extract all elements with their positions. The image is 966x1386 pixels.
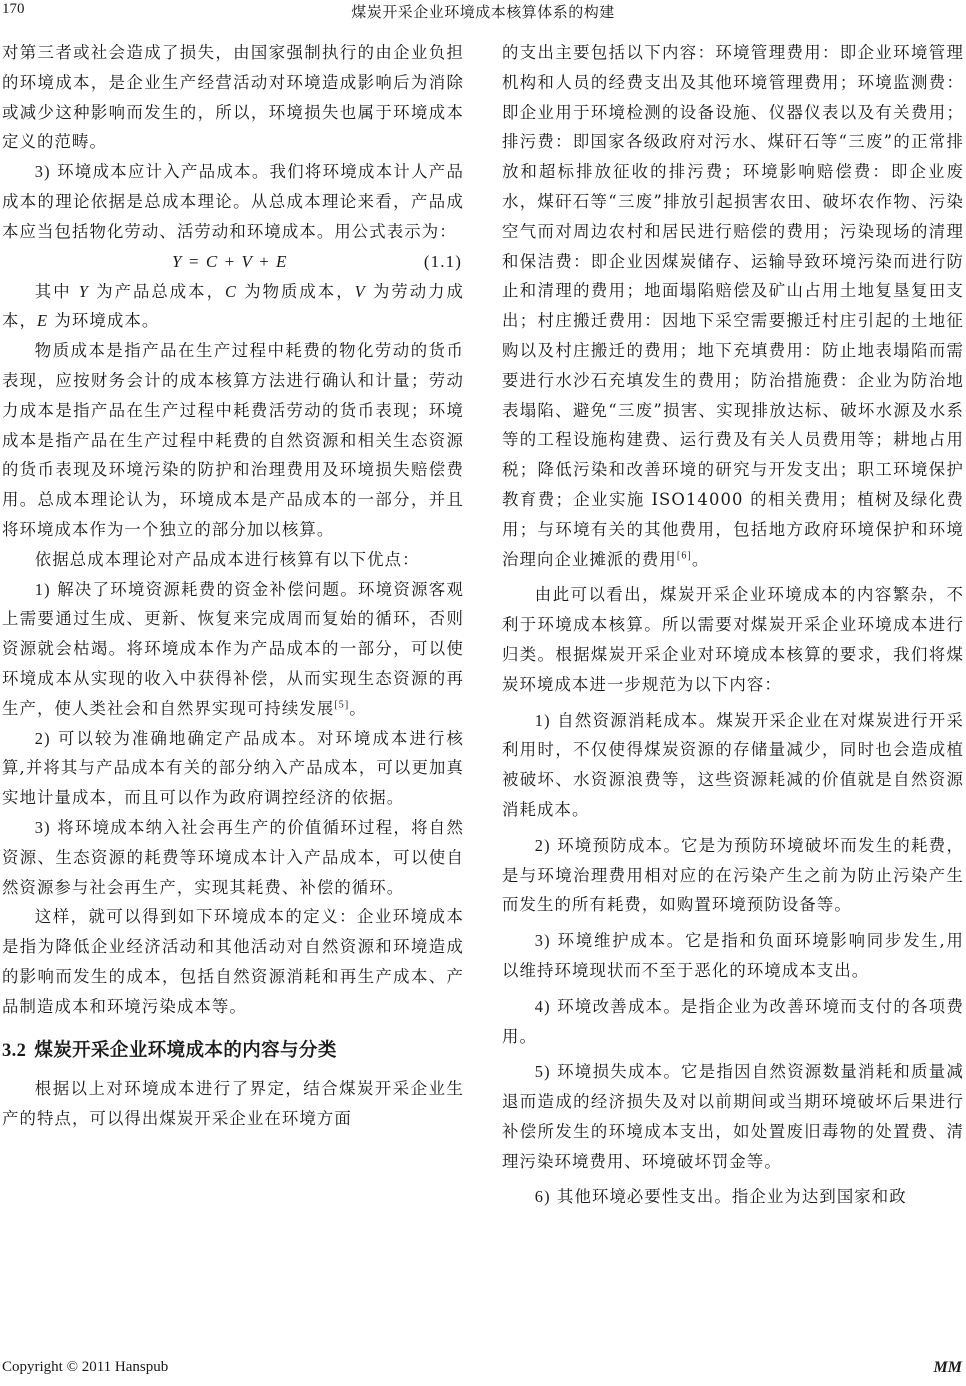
paragraph: 3) 环境成本应计入产品成本。我们将环境成本计人产品成本的理论依据是总成本理论。… [2, 157, 464, 246]
paragraph: 1) 解决了环境资源耗费的资金补偿问题。环境资源客观上需要通过生成、更新、恢复来… [2, 575, 464, 724]
citation: [6] [677, 550, 692, 561]
section-number: 3.2 [2, 1041, 26, 1061]
list-item: 1) 自然资源消耗成本。煤炭开采企业在对煤炭进行开采利用时，不仅使得煤炭资源的存… [502, 706, 964, 825]
paragraph: 依据总成本理论对产品成本进行核算有以下优点： [2, 545, 464, 575]
equation-number: (1.1) [424, 247, 462, 277]
list-item: 3) 环境维护成本。它是指和负面环境影响同步发生,用以维持环境现状而不至于恶化的… [502, 926, 964, 986]
equation-body: Y = C + V + E [172, 247, 287, 277]
list-item: 5) 环境损失成本。它是指因自然资源数量消耗和质量减退而造成的经济损失及对以前期… [502, 1057, 964, 1176]
paragraph: 由此可以看出，煤炭开采企业环境成本的内容繁杂，不利于环境成本核算。所以需要对煤炭… [502, 580, 964, 699]
citation: [5] [334, 699, 349, 710]
paragraph: 其中 Y 为产品总成本，C 为物质成本，V 为劳动力成本，E 为环境成本。 [2, 277, 464, 337]
section-heading: 3.2煤炭开采企业环境成本的内容与分类 [2, 1036, 464, 1067]
list-number: 3) [35, 162, 51, 181]
paragraph: 3) 将环境成本纳入社会再生产的价值循环过程，将自然资源、生态资源的耗费等环境成… [2, 813, 464, 902]
section-title: 煤炭开采企业环境成本的内容与分类 [34, 1040, 336, 1061]
left-column: 对第三者或社会造成了损失，由国家强制执行的由企业负担的环境成本，是企业生产经营活… [2, 38, 464, 1134]
right-column: 的支出主要包括以下内容：环境管理费用：即企业环境管理机构和人员的经费支出及其他环… [502, 38, 964, 1212]
journal-abbreviation: MM [934, 1359, 962, 1377]
copyright-notice: Copyright © 2011 Hanspub [2, 1359, 168, 1376]
list-item: 4) 环境改善成本。是指企业为改善环境而支付的各项费用。 [502, 992, 964, 1052]
paragraph: 2) 可以较为准确地确定产品成本。对环境成本进行核算,并将其与产品成本有关的部分… [2, 724, 464, 813]
paragraph: 对第三者或社会造成了损失，由国家强制执行的由企业负担的环境成本，是企业生产经营活… [2, 38, 464, 157]
paragraph: 根据以上对环境成本进行了界定，结合煤炭开采企业生产的特点，可以得出煤炭开采企业在… [2, 1074, 464, 1134]
list-item: 6) 其他环境必要性支出。指企业为达到国家和政 [502, 1182, 964, 1212]
running-title: 煤炭开采企业环境成本核算体系的构建 [0, 1, 966, 22]
page-header: 170 煤炭开采企业环境成本核算体系的构建 [0, 0, 966, 26]
equation: Y = C + V + E (1.1) [2, 247, 464, 277]
paragraph: 的支出主要包括以下内容：环境管理费用：即企业环境管理机构和人员的经费支出及其他环… [502, 38, 964, 574]
paragraph: 这样，就可以得到如下环境成本的定义：企业环境成本是指为降低企业经济活动和其他活动… [2, 902, 464, 1021]
paragraph: 物质成本是指产品在生产过程中耗费的物化劳动的货币表现，应按财务会计的成本核算方法… [2, 336, 464, 545]
list-item: 2) 环境预防成本。它是为预防环境破坏而发生的耗费，是与环境治理费用相对应的在污… [502, 831, 964, 920]
